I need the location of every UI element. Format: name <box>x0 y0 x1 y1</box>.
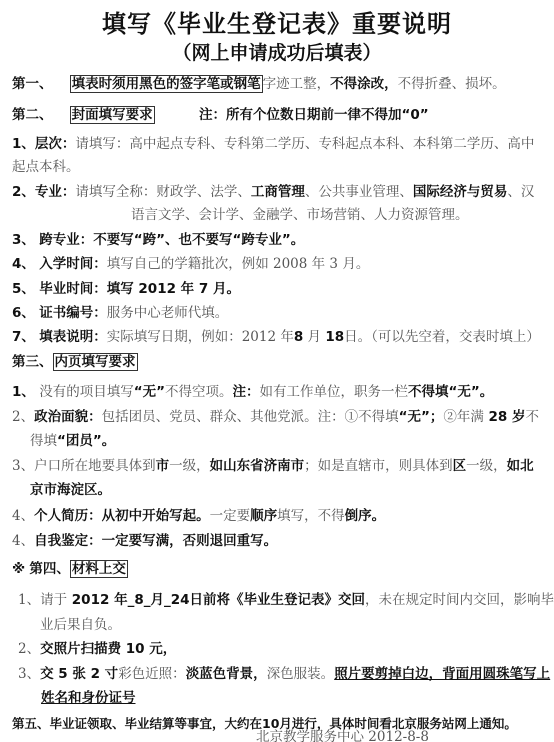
item-text: 一级， <box>466 458 507 474</box>
section-4-item-3-cont: 姓名和身份证号 <box>41 689 136 707</box>
item-number: 3、 <box>12 458 34 474</box>
item-emphasis: 月 <box>150 592 164 608</box>
item-number: 5、 <box>12 281 35 297</box>
item-text: 深色服装。 <box>267 666 335 682</box>
item-text: 没有的项目填写 <box>39 384 134 400</box>
section-3-item-4: 4、个人简历：从初中开始写起。一定要顺序填写，不得倒序。 <box>12 507 385 525</box>
item-text: 请于 <box>40 592 67 608</box>
item-key: 自我鉴定： <box>34 533 102 549</box>
item-emphasis: 如山东省济南市 <box>210 458 305 474</box>
item-emphasis: 顺序 <box>250 508 277 524</box>
item-underlined: 照片要剪掉白边，背面用圆珠笔写上 <box>334 666 550 682</box>
section-4-label: 第四、 <box>29 561 70 577</box>
item-emphasis: 区 <box>453 458 467 474</box>
section-2-item-4: 4、 入学时间：填写自己的学籍批次，例如 2008 年 3 月。 <box>12 255 369 273</box>
item-text: 日。（可以先空着，交表时填上） <box>344 329 540 345</box>
due-month: _8_ <box>128 592 151 608</box>
section-4-item-3: 3、交 5 张 2 寸彩色近照：淡蓝色背景，深色服装。照片要剪掉白边，背面用圆珠… <box>18 665 550 683</box>
section-3-heading: 内页填写要求 <box>53 353 138 371</box>
item-emphasis: “无” <box>134 384 165 400</box>
item-text: 请填写全称：财政学、法学、 <box>75 184 251 200</box>
item-text: 填写 2012 年 7 月。 <box>107 281 240 297</box>
item-key: 政治面貌： <box>34 409 102 425</box>
item-text: 交照片扫描费 10 元， <box>40 641 176 657</box>
item-text: ②年满 <box>443 409 484 425</box>
item-emphasis: 市 <box>156 458 170 474</box>
item-emphasis: 日前将《毕业生登记表》交回 <box>190 592 366 608</box>
item-emphasis: 工商管理 <box>251 184 305 200</box>
item-emphasis: 淡蓝色背景， <box>186 666 267 682</box>
section-4-item-1-cont: 业后果自负。 <box>40 616 121 634</box>
section-2-header: 第二、 封面填写要求 注：所有个位数日期前一律不得加“0” <box>12 106 429 124</box>
section-4-item-2: 2、交照片扫描费 10 元， <box>18 640 176 658</box>
section-2-note: 注：所有个位数日期前一律不得加“0” <box>199 107 429 123</box>
section-3-label: 第三、 <box>12 354 53 370</box>
item-text: 、公共事业管理、 <box>305 184 413 200</box>
section-2-item-2-cont: 语言文学、会计学、金融学、市场营销、人力资源管理。 <box>131 206 469 224</box>
item-text: 月 <box>303 329 325 345</box>
item-number: 1、 <box>18 592 40 608</box>
section-3-item-5: 4、自我鉴定：一定要写满，否则退回重写。 <box>12 532 277 550</box>
section-2-item-1: 1、层次：请填写：高中起点专科、专科第二学历、专科起点本科、本科第二学历、高中 <box>12 135 534 153</box>
due-day: _24 <box>164 592 190 608</box>
section-4-item-1: 1、请于 2012 年_8_月_24日前将《毕业生登记表》交回，未在规定时间内交… <box>18 591 554 609</box>
item-emphasis: 注： <box>232 384 259 400</box>
section-4-heading: 材料上交 <box>70 560 128 578</box>
item-emphasis: “无”； <box>399 409 444 425</box>
section-2-item-7: 7、 填表说明：实际填写日期，例如：2012 年8 月 18日。（可以先空着，交… <box>12 328 540 346</box>
section-1-heading: 填表时须用黑色的签字笔或钢笔 <box>70 75 263 93</box>
section-1-text: 字迹工整， <box>263 76 331 92</box>
item-text: 一级， <box>169 458 210 474</box>
document-subtitle: （网上申请成功后填表） <box>0 38 554 65</box>
item-text: 请填写：高中起点专科、专科第二学历、专科起点本科、本科第二学历、高中 <box>75 136 534 152</box>
item-text: 彩色近照： <box>118 666 186 682</box>
item-number: 4、 <box>12 256 35 272</box>
item-key: 填表说明： <box>39 329 107 345</box>
item-text: 实际填写日期，例如：2012 年 <box>107 329 294 345</box>
item-key: 专业： <box>35 184 76 200</box>
item-text: 、汉 <box>507 184 534 200</box>
item-key: 个人简历： <box>34 508 102 524</box>
item-key: 跨专业： <box>39 232 93 248</box>
item-text: 填写自己的学籍批次，例如 2008 年 3 月。 <box>107 256 370 272</box>
section-2-heading: 封面填写要求 <box>70 106 155 124</box>
section-3-item-2-cont: 得填“团员”。 <box>30 432 115 450</box>
item-text: 不得空项。 <box>165 384 233 400</box>
item-text: 如有工作单位，职务一栏 <box>259 384 408 400</box>
item-number: 4、 <box>12 533 34 549</box>
item-emphasis: 8 <box>294 329 303 345</box>
section-3-item-3-cont: 京市海淀区。 <box>30 481 111 499</box>
section-3-item-2: 2、政治面貌：包括团员、党员、群众、其他党派。注：①不得填“无”；②年满 28 … <box>12 408 539 426</box>
section-1-emphasis: 不得涂改， <box>330 76 398 92</box>
section-1: 第一、 填表时须用黑色的签字笔或钢笔字迹工整，不得涂改，不得折叠、损坏。 <box>12 75 506 93</box>
section-1-text-end: 不得折叠、损坏。 <box>398 76 506 92</box>
item-key: 层次： <box>35 136 76 152</box>
reference-mark-icon: ※ <box>12 561 25 577</box>
document-title: 填写《毕业生登记表》重要说明 <box>0 4 554 39</box>
section-2-item-6: 6、 证书编号：服务中心老师代填。 <box>12 304 228 322</box>
section-4-header: ※ 第四、材料上交 <box>12 560 128 578</box>
signature-date: 2012-8-8 <box>368 729 429 742</box>
item-number: 1、 <box>12 384 35 400</box>
item-number: 3、 <box>12 232 35 248</box>
item-emphasis: 2012 年 <box>67 592 127 608</box>
item-emphasis: “团员”。 <box>57 433 115 449</box>
item-emphasis: 国际经济与贸易 <box>413 184 508 200</box>
item-text: 得填 <box>30 433 57 449</box>
item-key: 证书编号： <box>39 305 107 321</box>
signature: 北京教学服务中心 2012-8-8 <box>256 728 429 742</box>
section-2-item-2: 2、专业：请填写全称：财政学、法学、工商管理、公共事业管理、国际经济与贸易、汉 <box>12 183 534 201</box>
section-2-label: 第二、 <box>12 107 53 123</box>
item-number: 4、 <box>12 508 34 524</box>
item-text: ，未在规定时间内交回，影响毕 <box>365 592 554 608</box>
section-3-header: 第三、内页填写要求 <box>12 353 138 371</box>
item-number: 2、 <box>12 184 35 200</box>
item-text: 服务中心老师代填。 <box>107 305 229 321</box>
item-key: 毕业时间： <box>39 281 107 297</box>
item-number: 1、 <box>12 136 35 152</box>
item-number: 3、 <box>18 666 40 682</box>
section-3-item-1: 1、 没有的项目填写“无”不得空项。注：如有工作单位，职务一栏不得填“无”。 <box>12 383 493 401</box>
item-text: 包括团员、党员、群众、其他党派。注：①不得填 <box>102 409 399 425</box>
item-key: 入学时间： <box>39 256 107 272</box>
section-3-item-3: 3、户口所在地要具体到市一级，如山东省济南市；如是直辖市，则具体到区一级，如北 <box>12 457 534 475</box>
item-text: ；如是直辖市，则具体到 <box>304 458 453 474</box>
item-emphasis: 28 岁 <box>484 409 526 425</box>
item-text: 不 <box>526 409 540 425</box>
item-emphasis: 不得填“无”。 <box>408 384 493 400</box>
item-text: 不要写“跨”、也不要写“跨专业”。 <box>93 232 304 248</box>
item-emphasis: 18 <box>325 329 344 345</box>
item-emphasis: 如北 <box>507 458 534 474</box>
item-emphasis: 倒序。 <box>345 508 386 524</box>
section-1-label: 第一、 <box>12 76 53 92</box>
item-number: 6、 <box>12 305 35 321</box>
item-number: 7、 <box>12 329 35 345</box>
section-2-item-5: 5、 毕业时间：填写 2012 年 7 月。 <box>12 280 240 298</box>
item-text: 一定要 <box>210 508 251 524</box>
item-text: 户口所在地要具体到 <box>34 458 156 474</box>
signature-org: 北京教学服务中心 <box>256 729 364 742</box>
item-emphasis: 交 5 张 2 寸 <box>40 666 118 682</box>
section-2-item-3: 3、 跨专业：不要写“跨”、也不要写“跨专业”。 <box>12 231 304 249</box>
item-text: 一定要写满，否则退回重写。 <box>102 533 278 549</box>
item-emphasis: 从初中开始写起。 <box>102 508 210 524</box>
item-number: 2、 <box>18 641 40 657</box>
item-text: 填写，不得 <box>277 508 345 524</box>
item-number: 2、 <box>12 409 34 425</box>
section-2-item-1-cont: 起点本科。 <box>12 158 80 176</box>
